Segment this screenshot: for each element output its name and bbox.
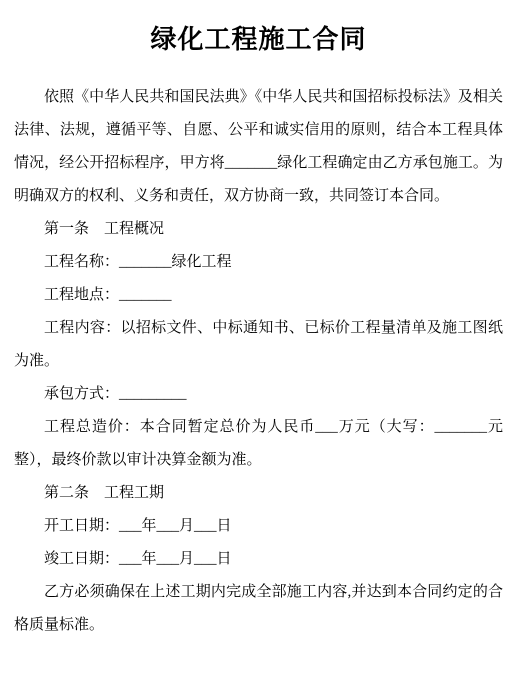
project-location-line: 工程地点：_______ xyxy=(14,279,503,312)
project-name-line: 工程名称：_______绿化工程 xyxy=(14,246,503,279)
total-price-line: 工程总造价：本合同暂定总价为人民币___万元（大写：_______元整），最终价… xyxy=(14,411,503,477)
project-content-line: 工程内容：以招标文件、中标通知书、已标价工程量清单及施工图纸为准。 xyxy=(14,312,503,378)
quality-commitment-paragraph: 乙方必须确保在上述工期内完成全部施工内容,并达到本合同约定的合格质量标准。 xyxy=(14,576,503,642)
document-title: 绿化工程施工合同 xyxy=(14,24,503,57)
contract-document-page: 绿化工程施工合同 依照《中华人民共和国民法典》《中华人民共和国招标投标法》及相关… xyxy=(0,0,517,675)
article-1-heading: 第一条 工程概况 xyxy=(14,213,503,246)
start-date-line: 开工日期：___年___月___日 xyxy=(14,510,503,543)
completion-date-line: 竣工日期：___年___月___日 xyxy=(14,543,503,576)
article-2-heading: 第二条 工程工期 xyxy=(14,477,503,510)
intro-paragraph: 依照《中华人民共和国民法典》《中华人民共和国招标投标法》及相关法律、法规，遵循平… xyxy=(14,81,503,213)
contracting-method-line: 承包方式：_________ xyxy=(14,378,503,411)
